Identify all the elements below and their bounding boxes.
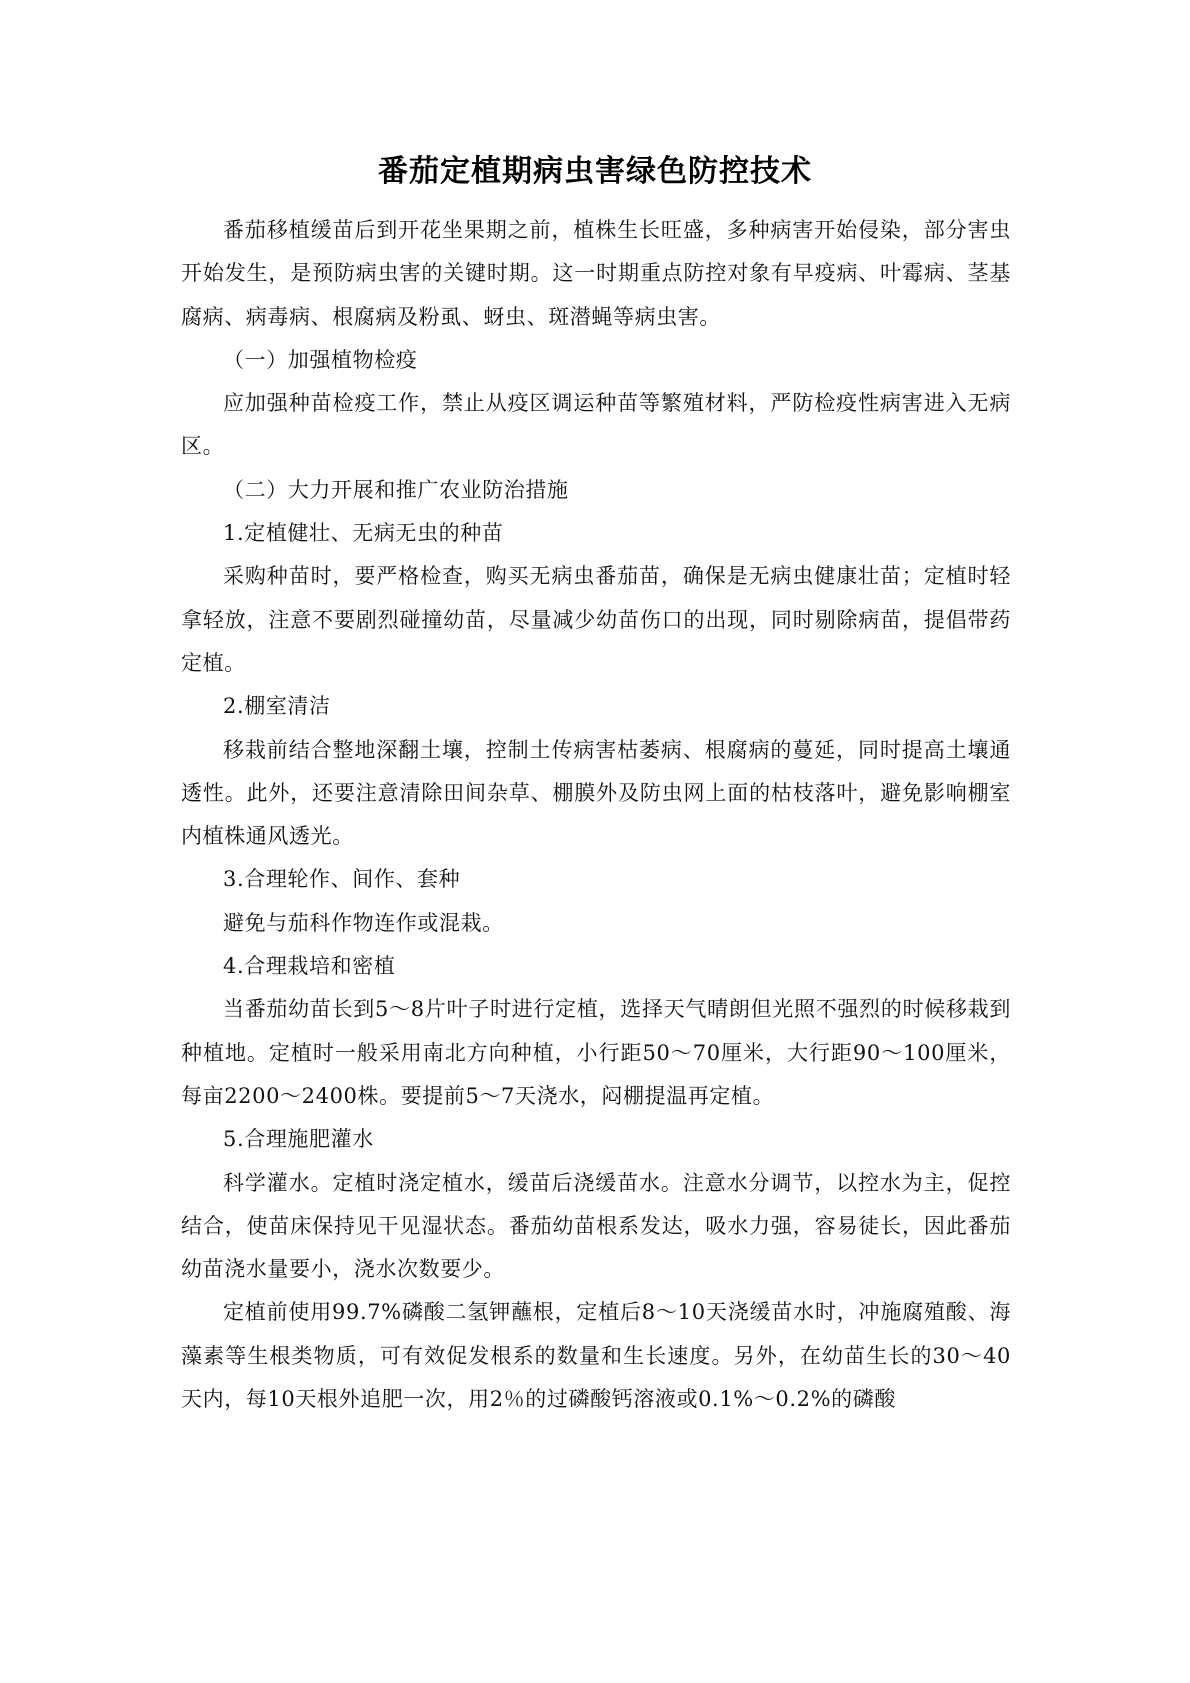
irrigation-paragraph: 科学灌水。定植时浇定植水，缓苗后浇缓苗水。注意水分调节，以控水为主，促控结合，使… xyxy=(181,1162,1011,1292)
subheading-healthy-seedlings: 1.定植健壮、无病无虫的种苗 xyxy=(181,512,1011,555)
subheading-planting-density: 4.合理栽培和密植 xyxy=(181,945,1011,988)
document-body: 番茄移植缓苗后到开花坐果期之前，植株生长旺盛，多种病害开始侵染，部分害虫开始发生… xyxy=(181,209,1011,1421)
document-page: 番茄定植期病虫害绿色防控技术 番茄移植缓苗后到开花坐果期之前，植株生长旺盛，多种… xyxy=(0,0,1190,1683)
healthy-seedlings-paragraph: 采购种苗时，要严格检查，购买无病虫番茄苗，确保是无病虫健康壮苗；定植时轻拿轻放，… xyxy=(181,555,1011,685)
intro-paragraph: 番茄移植缓苗后到开花坐果期之前，植株生长旺盛，多种病害开始侵染，部分害虫开始发生… xyxy=(181,209,1011,339)
quarantine-paragraph: 应加强种苗检疫工作，禁止从疫区调运种苗等繁殖材料，严防检疫性病害进入无病区。 xyxy=(181,382,1011,469)
planting-density-paragraph: 当番茄幼苗长到5～8片叶子时进行定植，选择天气晴朗但光照不强烈的时候移栽到种植地… xyxy=(181,988,1011,1118)
document-title: 番茄定植期病虫害绿色防控技术 xyxy=(0,152,1190,192)
fertilization-paragraph: 定植前使用99.7%磷酸二氢钾蘸根，定植后8～10天浇缓苗水时，冲施腐殖酸、海藻… xyxy=(181,1291,1011,1421)
greenhouse-cleaning-paragraph: 移栽前结合整地深翻土壤，控制土传病害枯萎病、根腐病的蔓延，同时提高土壤通透性。此… xyxy=(181,729,1011,859)
subheading-fertilization-irrigation: 5.合理施肥灌水 xyxy=(181,1118,1011,1161)
subheading-crop-rotation: 3.合理轮作、间作、套种 xyxy=(181,858,1011,901)
crop-rotation-paragraph: 避免与茄科作物连作或混栽。 xyxy=(181,902,1011,945)
section-heading-agricultural-control: （二）大力开展和推广农业防治措施 xyxy=(181,469,1011,512)
section-heading-plant-quarantine: （一）加强植物检疫 xyxy=(181,339,1011,382)
subheading-greenhouse-cleaning: 2.棚室清洁 xyxy=(181,685,1011,728)
